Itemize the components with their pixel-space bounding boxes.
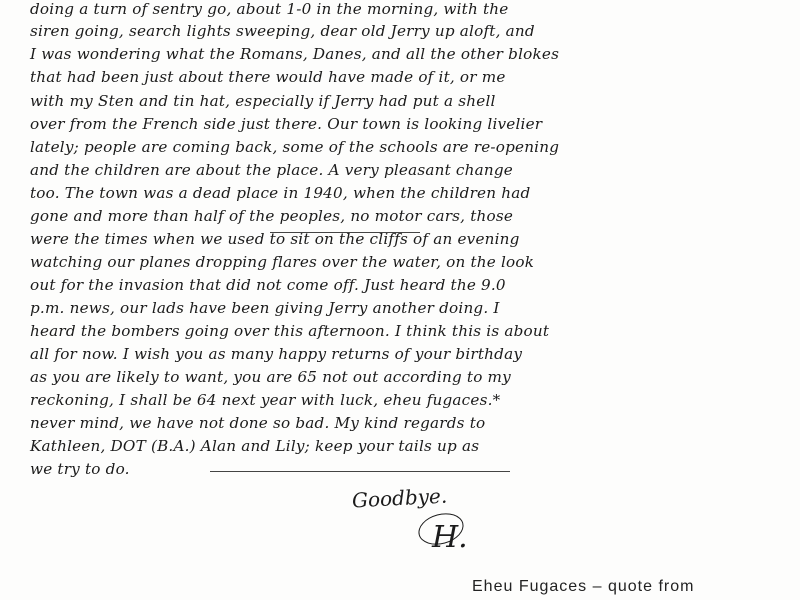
letter-line-12: watching our planes dropping flares over… xyxy=(30,253,534,271)
footnote-annotation: Eheu Fugaces – quote from xyxy=(472,578,694,596)
letter-line-6: over from the French side just there. Ou… xyxy=(30,115,542,133)
letter-line-18: reckoning, I shall be 64 next year with … xyxy=(30,391,500,409)
signature-initial: H. xyxy=(432,520,468,555)
letter-line-3: I was wondering what the Romans, Danes, … xyxy=(30,45,559,63)
closing-goodbye: Goodbye. xyxy=(351,484,447,513)
letter-line-9: too. The town was a dead place in 1940, … xyxy=(30,184,530,202)
letter-line-16: all for now. I wish you as many happy re… xyxy=(30,345,522,363)
letter-line-2: siren going, search lights sweeping, dea… xyxy=(30,22,535,40)
letter-line-5: with my Sten and tin hat, especially if … xyxy=(30,92,496,110)
letter-line-10: gone and more than half of the peoples, … xyxy=(30,207,513,225)
letter-line-11: were the times when we used to sit on th… xyxy=(30,230,520,248)
letter-line-21: we try to do. xyxy=(30,460,130,478)
letter-line-17: as you are likely to want, you are 65 no… xyxy=(30,368,511,386)
letter-line-7: lately; people are coming back, some of … xyxy=(30,138,559,156)
letter-line-1: doing a turn of sentry go, about 1-0 in … xyxy=(30,0,508,18)
letter-line-19: never mind, we have not done so bad. My … xyxy=(30,414,485,432)
letter-line-4: that had been just about there would hav… xyxy=(30,68,506,86)
underline-rule xyxy=(210,471,510,472)
letter-line-20: Kathleen, DOT (B.A.) Alan and Lily; keep… xyxy=(30,437,479,455)
letter-line-13: out for the invasion that did not come o… xyxy=(30,276,506,294)
letter-line-14: p.m. news, our lads have been giving Jer… xyxy=(30,299,500,317)
letter-line-15: heard the bombers going over this aftern… xyxy=(30,322,549,340)
letter-page: doing a turn of sentry go, about 1-0 in … xyxy=(0,0,800,600)
letter-line-8: and the children are about the place. A … xyxy=(30,161,513,179)
